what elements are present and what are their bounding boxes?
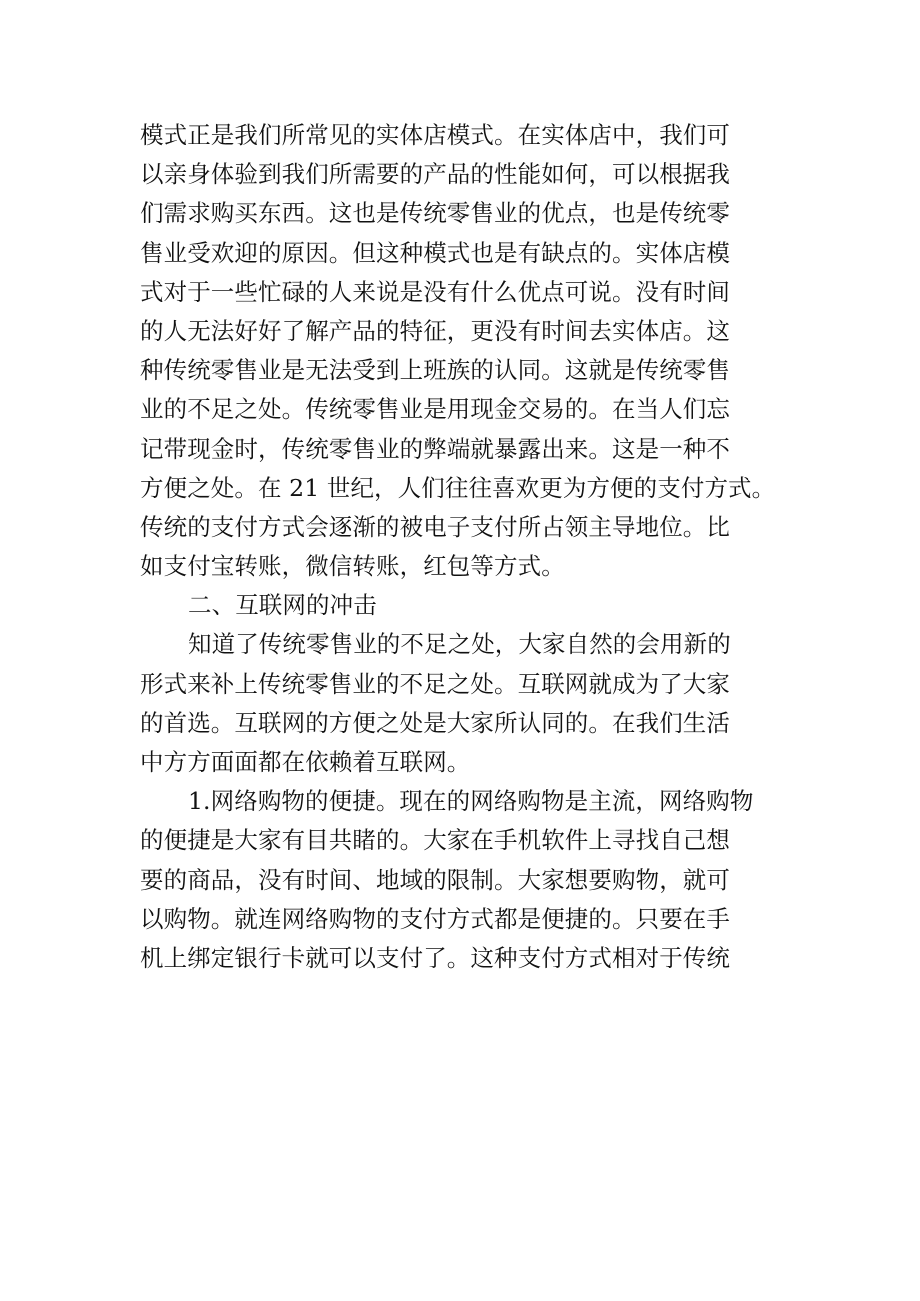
text-line: 记带现金时，传统零售业的弊端就暴露出来。这是一种不 [140,430,790,469]
section-heading: 二、互联网的冲击 [140,586,790,625]
text-line: 传统的支付方式会逐渐的被电子支付所占领主导地位。比 [140,508,790,547]
text-line: 知道了传统零售业的不足之处，大家自然的会用新的 [140,625,790,664]
numbered-item-heading: 1.网络购物的便捷。现在的网络购物是主流，网络购物 [140,782,790,821]
text-line: 中方方面面都在依赖着互联网。 [140,743,790,782]
body-text: 模式正是我们所常见的实体店模式。在实体店中，我们可 以亲身体验到我们所需要的产品… [140,116,790,978]
text-line: 的人无法好好了解产品的特征，更没有时间去实体店。这 [140,312,790,351]
text-line: 方便之处。在 21 世纪，人们往往喜欢更为方便的支付方式。 [140,469,790,508]
document-page: 模式正是我们所常见的实体店模式。在实体店中，我们可 以亲身体验到我们所需要的产品… [0,0,920,1301]
text-line: 如支付宝转账，微信转账，红包等方式。 [140,547,790,586]
text-line: 形式来补上传统零售业的不足之处。互联网就成为了大家 [140,665,790,704]
text-line: 种传统零售业是无法受到上班族的认同。这就是传统零售 [140,351,790,390]
text-line: 要的商品，没有时间、地域的限制。大家想要购物，就可 [140,861,790,900]
text-line: 式对于一些忙碌的人来说是没有什么优点可说。没有时间 [140,273,790,312]
text-line: 模式正是我们所常见的实体店模式。在实体店中，我们可 [140,116,790,155]
text-line: 机上绑定银行卡就可以支付了。这种支付方式相对于传统 [140,939,790,978]
text-line: 的便捷是大家有目共睹的。大家在手机软件上寻找自己想 [140,821,790,860]
text-line: 以购物。就连网络购物的支付方式都是便捷的。只要在手 [140,900,790,939]
text-line: 的首选。互联网的方便之处是大家所认同的。在我们生活 [140,704,790,743]
text-line: 业的不足之处。传统零售业是用现金交易的。在当人们忘 [140,390,790,429]
text-line: 售业受欢迎的原因。但这种模式也是有缺点的。实体店模 [140,234,790,273]
text-line: 们需求购买东西。这也是传统零售业的优点，也是传统零 [140,194,790,233]
text-line: 以亲身体验到我们所需要的产品的性能如何，可以根据我 [140,155,790,194]
